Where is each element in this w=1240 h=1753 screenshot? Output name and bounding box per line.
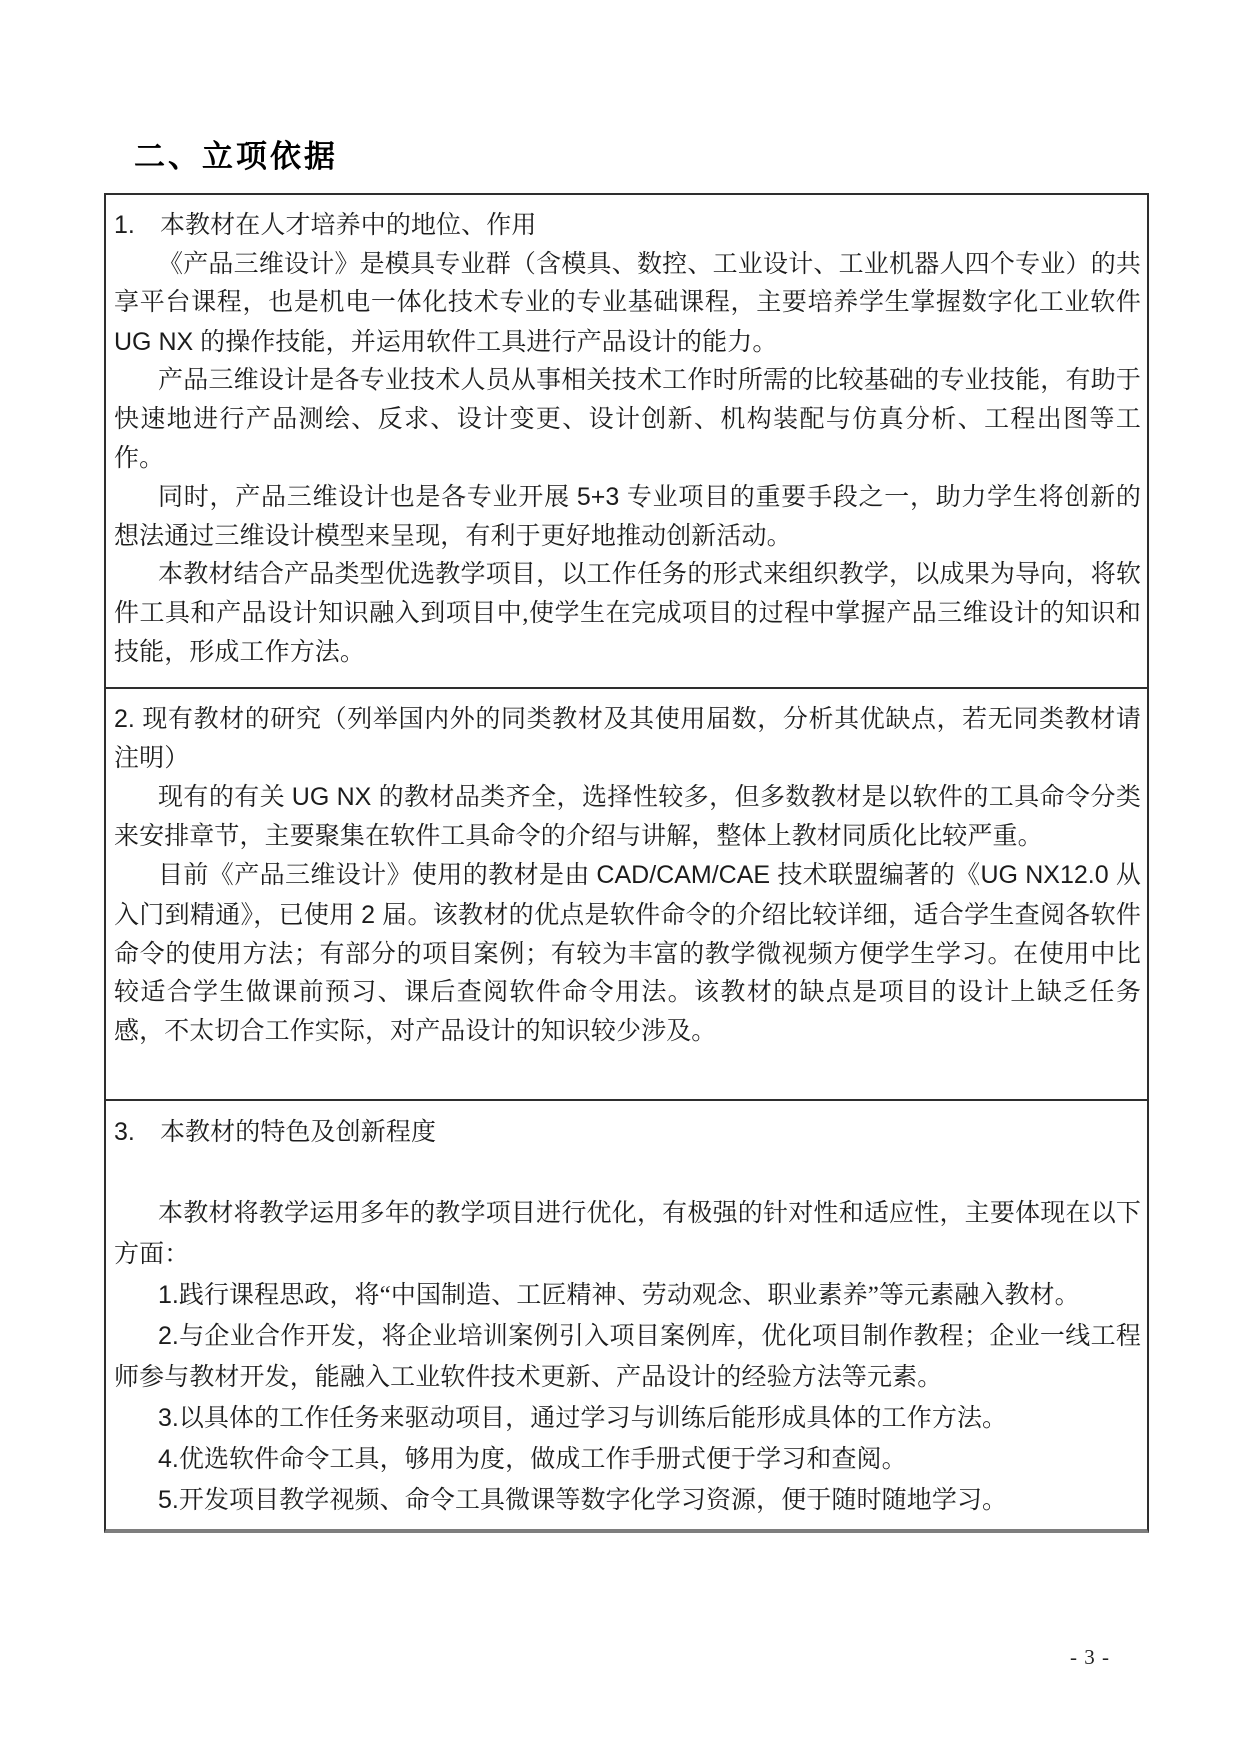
- page-title: 二、立项依据: [134, 131, 338, 176]
- latin-text: 2.: [158, 1322, 179, 1350]
- section-2-body: 现有的有关 UG NX 的教材品类齐全，选择性较多，但多数教材是以软件的工具命令…: [114, 778, 1141, 1051]
- section-2-existing-textbook-research: 2. 现有教材的研究（列举国内外的同类教材及其使用届数，分析其优缺点，若无同类教…: [106, 689, 1147, 1101]
- paragraph: 本教材结合产品类型优选教学项目，以工作任务的形式来组织教学，以成果为导向，将软件…: [114, 556, 1141, 672]
- paragraph: 产品三维设计是各专业技术人员从事相关技术工作时所需的比较基础的专业技能，有助于快…: [114, 362, 1141, 478]
- latin-text: 1.: [158, 1281, 179, 1309]
- paragraph: 4.优选软件命令工具，够用为度，做成工作手册式便于学习和查阅。: [114, 1439, 1141, 1480]
- paragraph: 2.与企业合作开发，将企业培训案例引入项目案例库，优化项目制作教程；企业一线工程…: [114, 1316, 1141, 1398]
- page-number: - 3 -: [1070, 1645, 1110, 1670]
- section-3-features-and-innovation: 3. 本教材的特色及创新程度 本教材将教学运用多年的教学项目进行优化，有极强的针…: [106, 1101, 1147, 1529]
- section-1-role-in-talent-training: 1. 本教材在人才培养中的地位、作用 《产品三维设计》是模具专业群（含模具、数控…: [106, 195, 1147, 689]
- latin-text: 5+3: [577, 483, 627, 511]
- paragraph: 目前《产品三维设计》使用的教材是由 CAD/CAM/CAE 技术联盟编著的《UG…: [114, 856, 1141, 1051]
- latin-text: 2.: [114, 705, 142, 733]
- paragraph: 1.践行课程思政，将“中国制造、工匠精神、劳动观念、职业素养”等元素融入教材。: [114, 1275, 1141, 1316]
- project-basis-table: 1. 本教材在人才培养中的地位、作用 《产品三维设计》是模具专业群（含模具、数控…: [104, 193, 1149, 1533]
- paragraph: 现有的有关 UG NX 的教材品类齐全，选择性较多，但多数教材是以软件的工具命令…: [114, 778, 1141, 856]
- latin-text: 5.: [158, 1486, 179, 1514]
- latin-text: CAD/CAM/CAE: [596, 861, 777, 889]
- latin-text: 3.: [158, 1404, 179, 1432]
- section-3-body: 本教材将教学运用多年的教学项目进行优化，有极强的针对性和适应性，主要体现在以下方…: [114, 1193, 1141, 1521]
- section-1-body: 《产品三维设计》是模具专业群（含模具、数控、工业设计、工业机器人四个专业）的共享…: [114, 246, 1141, 673]
- latin-text: 3.: [114, 1118, 135, 1146]
- paragraph: 5.开发项目教学视频、命令工具微课等数字化学习资源，便于随时随地学习。: [114, 1480, 1141, 1521]
- latin-text: UG NX12.0: [981, 861, 1116, 889]
- paragraph: 《产品三维设计》是模具专业群（含模具、数控、工业设计、工业机器人四个专业）的共享…: [114, 246, 1141, 363]
- latin-text: 1.: [114, 211, 135, 239]
- section-1-heading: 1. 本教材在人才培养中的地位、作用: [114, 206, 1141, 246]
- paragraph: 3.以具体的工作任务来驱动项目，通过学习与训练后能形成具体的工作方法。: [114, 1398, 1141, 1439]
- section-2-heading: 2. 现有教材的研究（列举国内外的同类教材及其使用届数，分析其优缺点，若无同类教…: [114, 700, 1141, 778]
- latin-text: UG NX: [114, 328, 200, 356]
- latin-text: 4.: [158, 1445, 179, 1473]
- paragraph: 同时，产品三维设计也是各专业开展 5+3 专业项目的重要手段之一，助力学生将创新…: [114, 478, 1141, 556]
- paragraph: 本教材将教学运用多年的教学项目进行优化，有极强的针对性和适应性，主要体现在以下方…: [114, 1193, 1141, 1275]
- latin-text: 2: [361, 901, 382, 929]
- section-3-heading: 3. 本教材的特色及创新程度: [114, 1112, 1141, 1153]
- latin-text: UG NX: [292, 783, 379, 811]
